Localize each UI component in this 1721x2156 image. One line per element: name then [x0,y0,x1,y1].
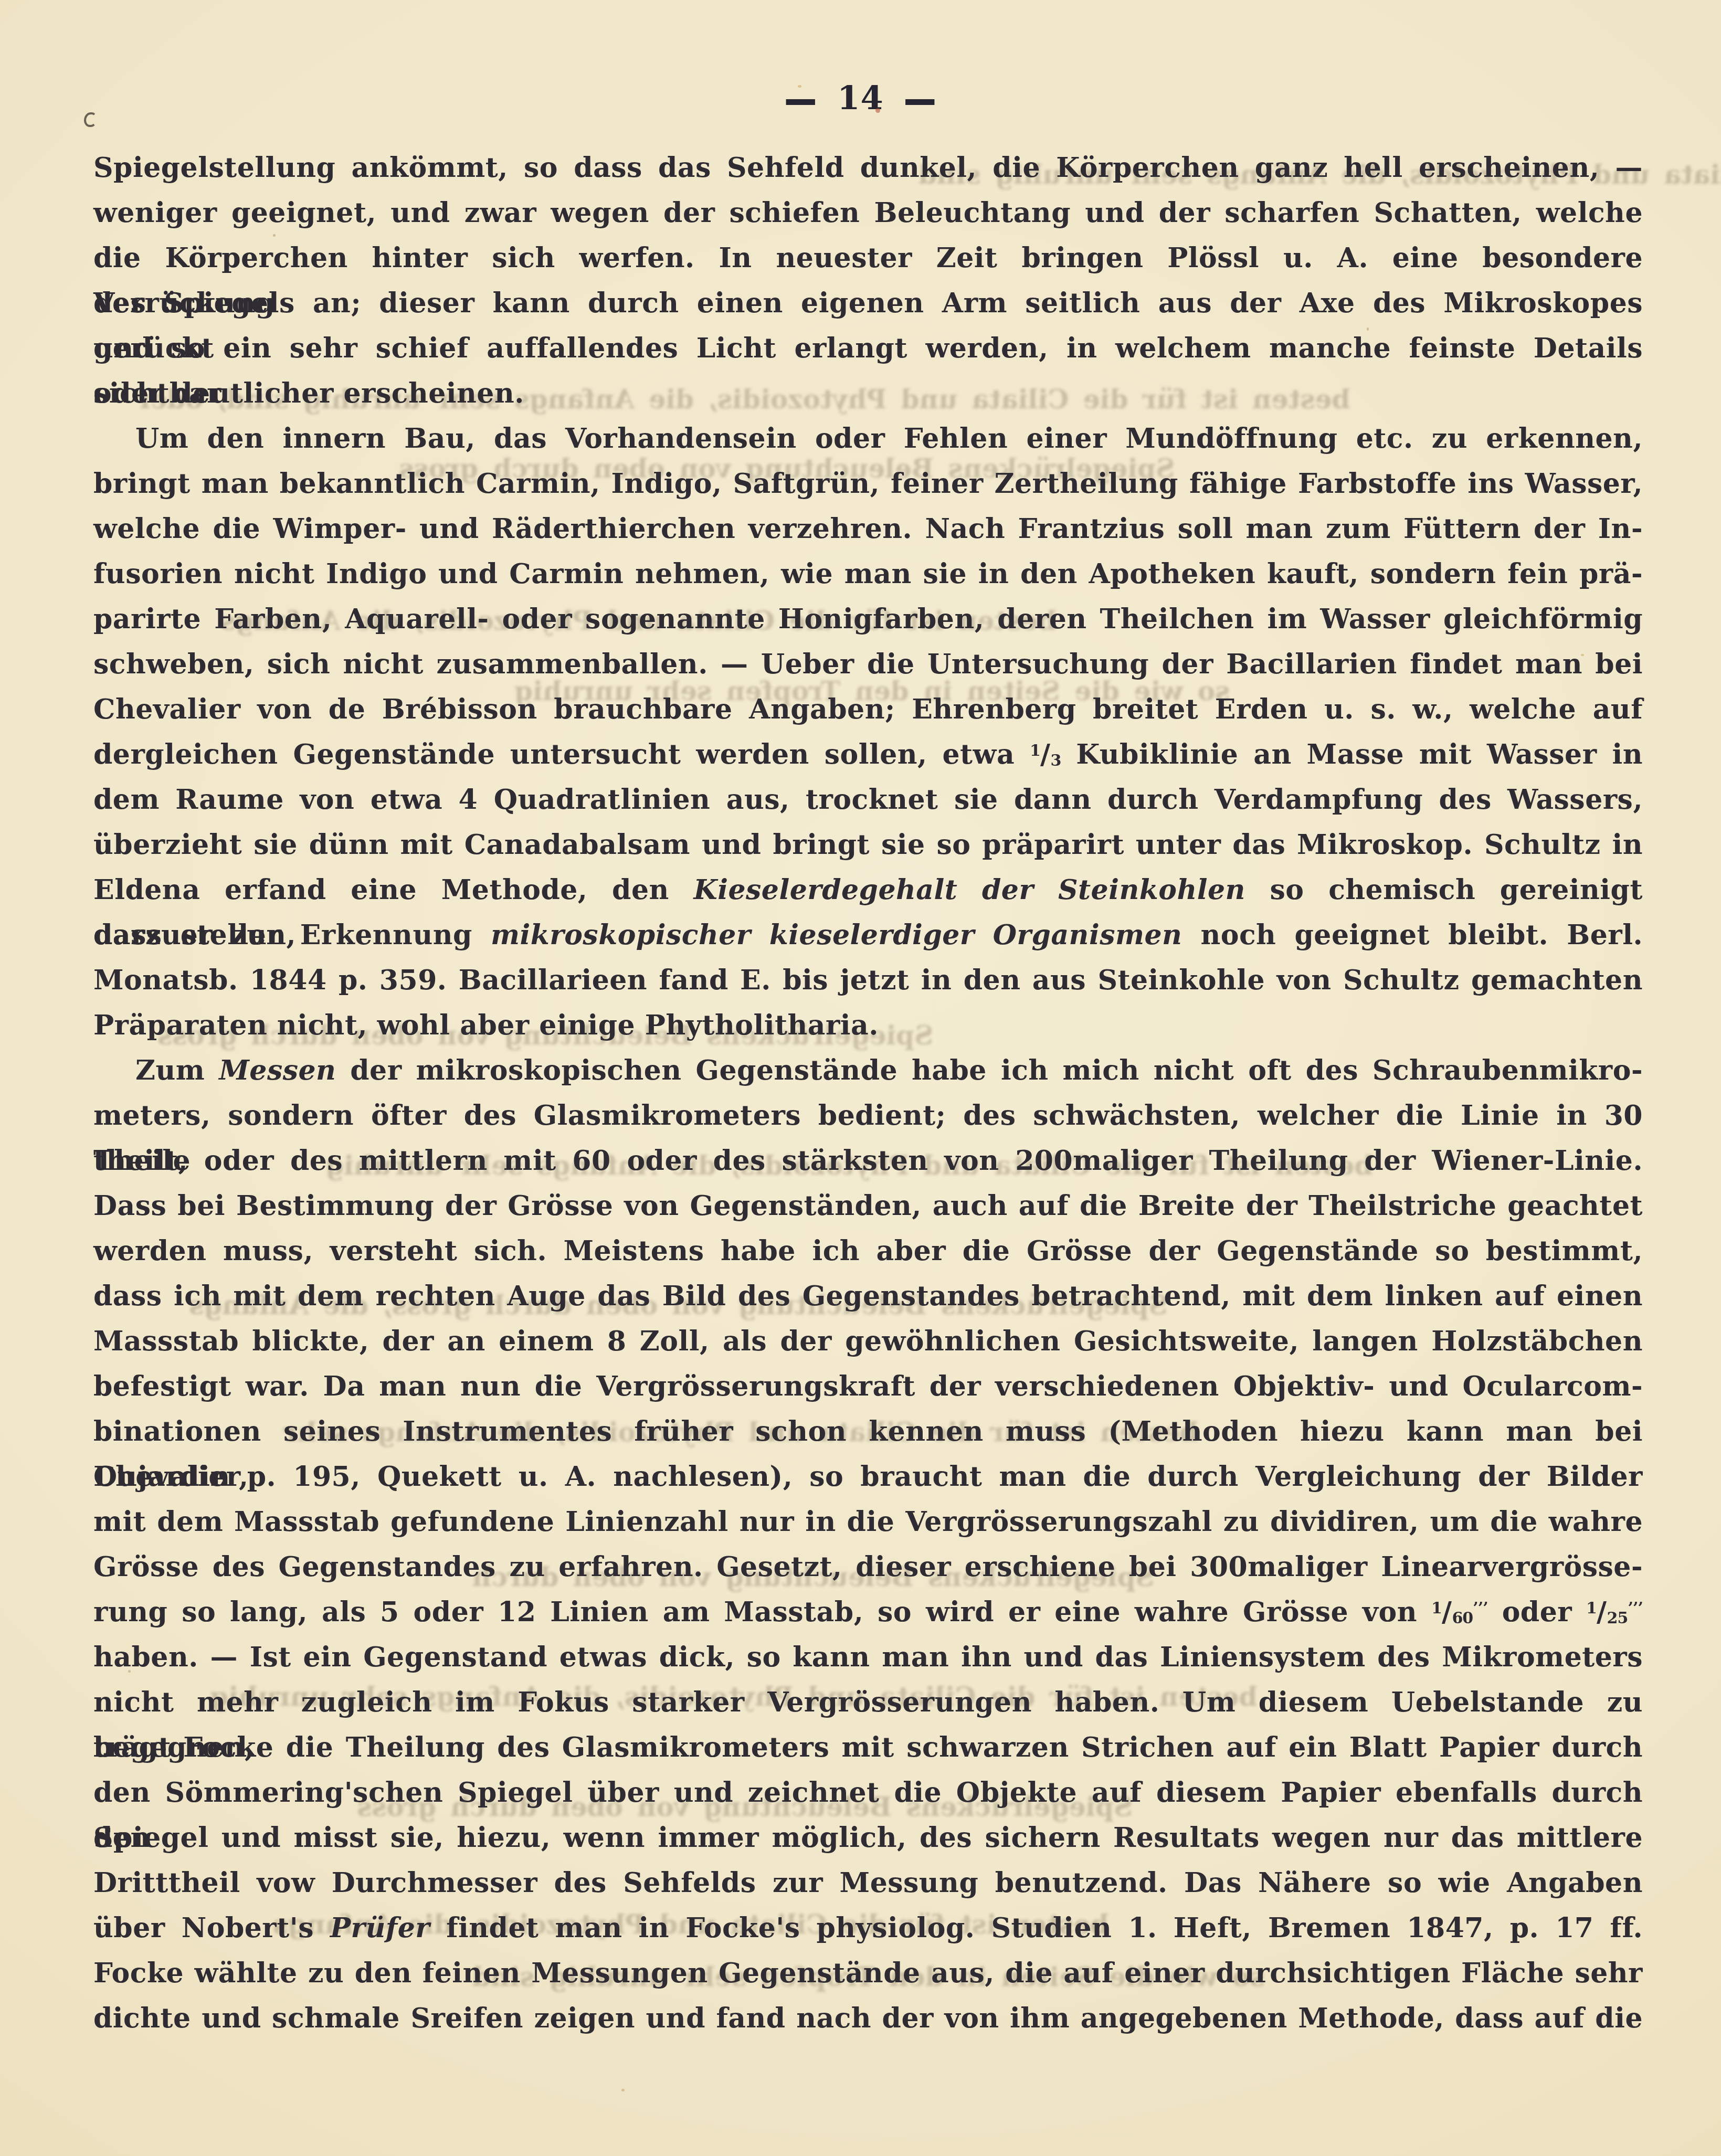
text-line: Grösse des Gegenstandes zu erfahren. Ges… [93,1545,1643,1590]
text-line: trägt Focke die Theilung des Glasmikrome… [93,1725,1643,1770]
text-line: Eldena erfand eine Methode, den Kieseler… [93,868,1643,913]
text-line: Spiegelstellung ankömmt, so dass das Seh… [93,145,1643,191]
text-line: bringt man bekanntlich Carmin, Indigo, S… [93,461,1643,506]
text-line: die Körperchen hinter sich werfen. In ne… [93,236,1643,281]
text-line: Monatsb. 1844 p. 359. Bacillarieen fand … [93,958,1643,1003]
text-line: werden muss, versteht sich. Meistens hab… [93,1229,1643,1274]
text-line: Zum Messen der mikroskopischen Gegenstän… [93,1048,1643,1093]
text-line: theilt, oder des mittlern mit 60 oder de… [93,1138,1643,1183]
text-line: parirte Farben, Aquarell- oder sogenannt… [93,597,1643,642]
text-line: Dritttheil vow Durchmesser des Sehfelds … [93,1861,1643,1906]
text-line: dem Raume von etwa 4 Quadratlinien aus, … [93,777,1643,822]
text-line: und so ein sehr schief auffallendes Lich… [93,326,1643,371]
text-line: überzieht sie dünn mit Canadabalsam und … [93,822,1643,868]
text-line: Massstab blickte, der an einem 8 Zoll, a… [93,1319,1643,1364]
text-line: befestigt war. Da man nun die Vergrösser… [93,1364,1643,1409]
text-line: über Nobert's Prüfer findet man in Focke… [93,1906,1643,1951]
text-line: rung so lang, als 5 oder 12 Linien am Ma… [93,1590,1643,1635]
text-line: dergleichen Gegenstände untersucht werde… [93,732,1643,777]
text-line: Dass bei Bestimmung der Grösse von Gegen… [93,1183,1643,1229]
text-line: mit dem Massstab gefundene Linienzahl nu… [93,1499,1643,1545]
text-line: binationen seines Instrumentes früher sc… [93,1409,1643,1454]
text-line: Präparaten nicht, wohl aber einige Phyth… [93,1003,1643,1048]
text-line: des Spiegels an; dieser kann durch einen… [93,281,1643,326]
text-line: den Sömmering'schen Spiegel über und zei… [93,1770,1643,1815]
header-dash-right: — [904,71,937,126]
text-line: Spiegel und misst sie, hiezu, wenn immer… [93,1815,1643,1861]
text-line: weniger geeignet, und zwar wegen der sch… [93,191,1643,236]
text-line: dass er zur Erkennung mikroskopischer ki… [93,913,1643,958]
text-block: Spiegelstellung ankömmt, so dass das Seh… [93,145,1643,2041]
paragraph-3: Zum Messen der mikroskopischen Gegenstän… [93,1048,1643,2041]
text-line: oder deutlicher erscheinen. [93,371,1643,416]
page-header: —14— [0,80,1721,117]
header-dash-left: — [784,71,817,126]
paragraph-2: Um den innern Bau, das Vorhandensein ode… [93,416,1643,1048]
text-line: welche die Wimper- und Räderthierchen ve… [93,506,1643,552]
text-line: Dujardin p. 195, Quekett u. A. nachlesen… [93,1454,1643,1499]
book-page: besten ist für die Ciliata und Phytozoid… [0,0,1721,2156]
text-line: Um den innern Bau, das Vorhandensein ode… [93,416,1643,461]
text-line: haben. — Ist ein Gegenstand etwas dick, … [93,1635,1643,1680]
text-line: meters, sondern öfter des Glasmikrometer… [93,1093,1643,1138]
text-line: dass ich mit dem rechten Auge das Bild d… [93,1274,1643,1319]
text-line: fusorien nicht Indigo und Carmin nehmen,… [93,552,1643,597]
text-line: Focke wählte zu den feinen Messungen Geg… [93,1951,1643,1996]
text-line: Chevalier von de Brébisson brauchbare An… [93,687,1643,732]
text-line: dichte und schmale Sreifen zeigen und fa… [93,1996,1643,2041]
text-line: schweben, sich nicht zusammenballen. — U… [93,642,1643,687]
paragraph-1: Spiegelstellung ankömmt, so dass das Seh… [93,145,1643,416]
page-number: 14 [837,79,883,117]
text-line: nicht mehr zugleich im Fokus starker Ver… [93,1680,1643,1725]
